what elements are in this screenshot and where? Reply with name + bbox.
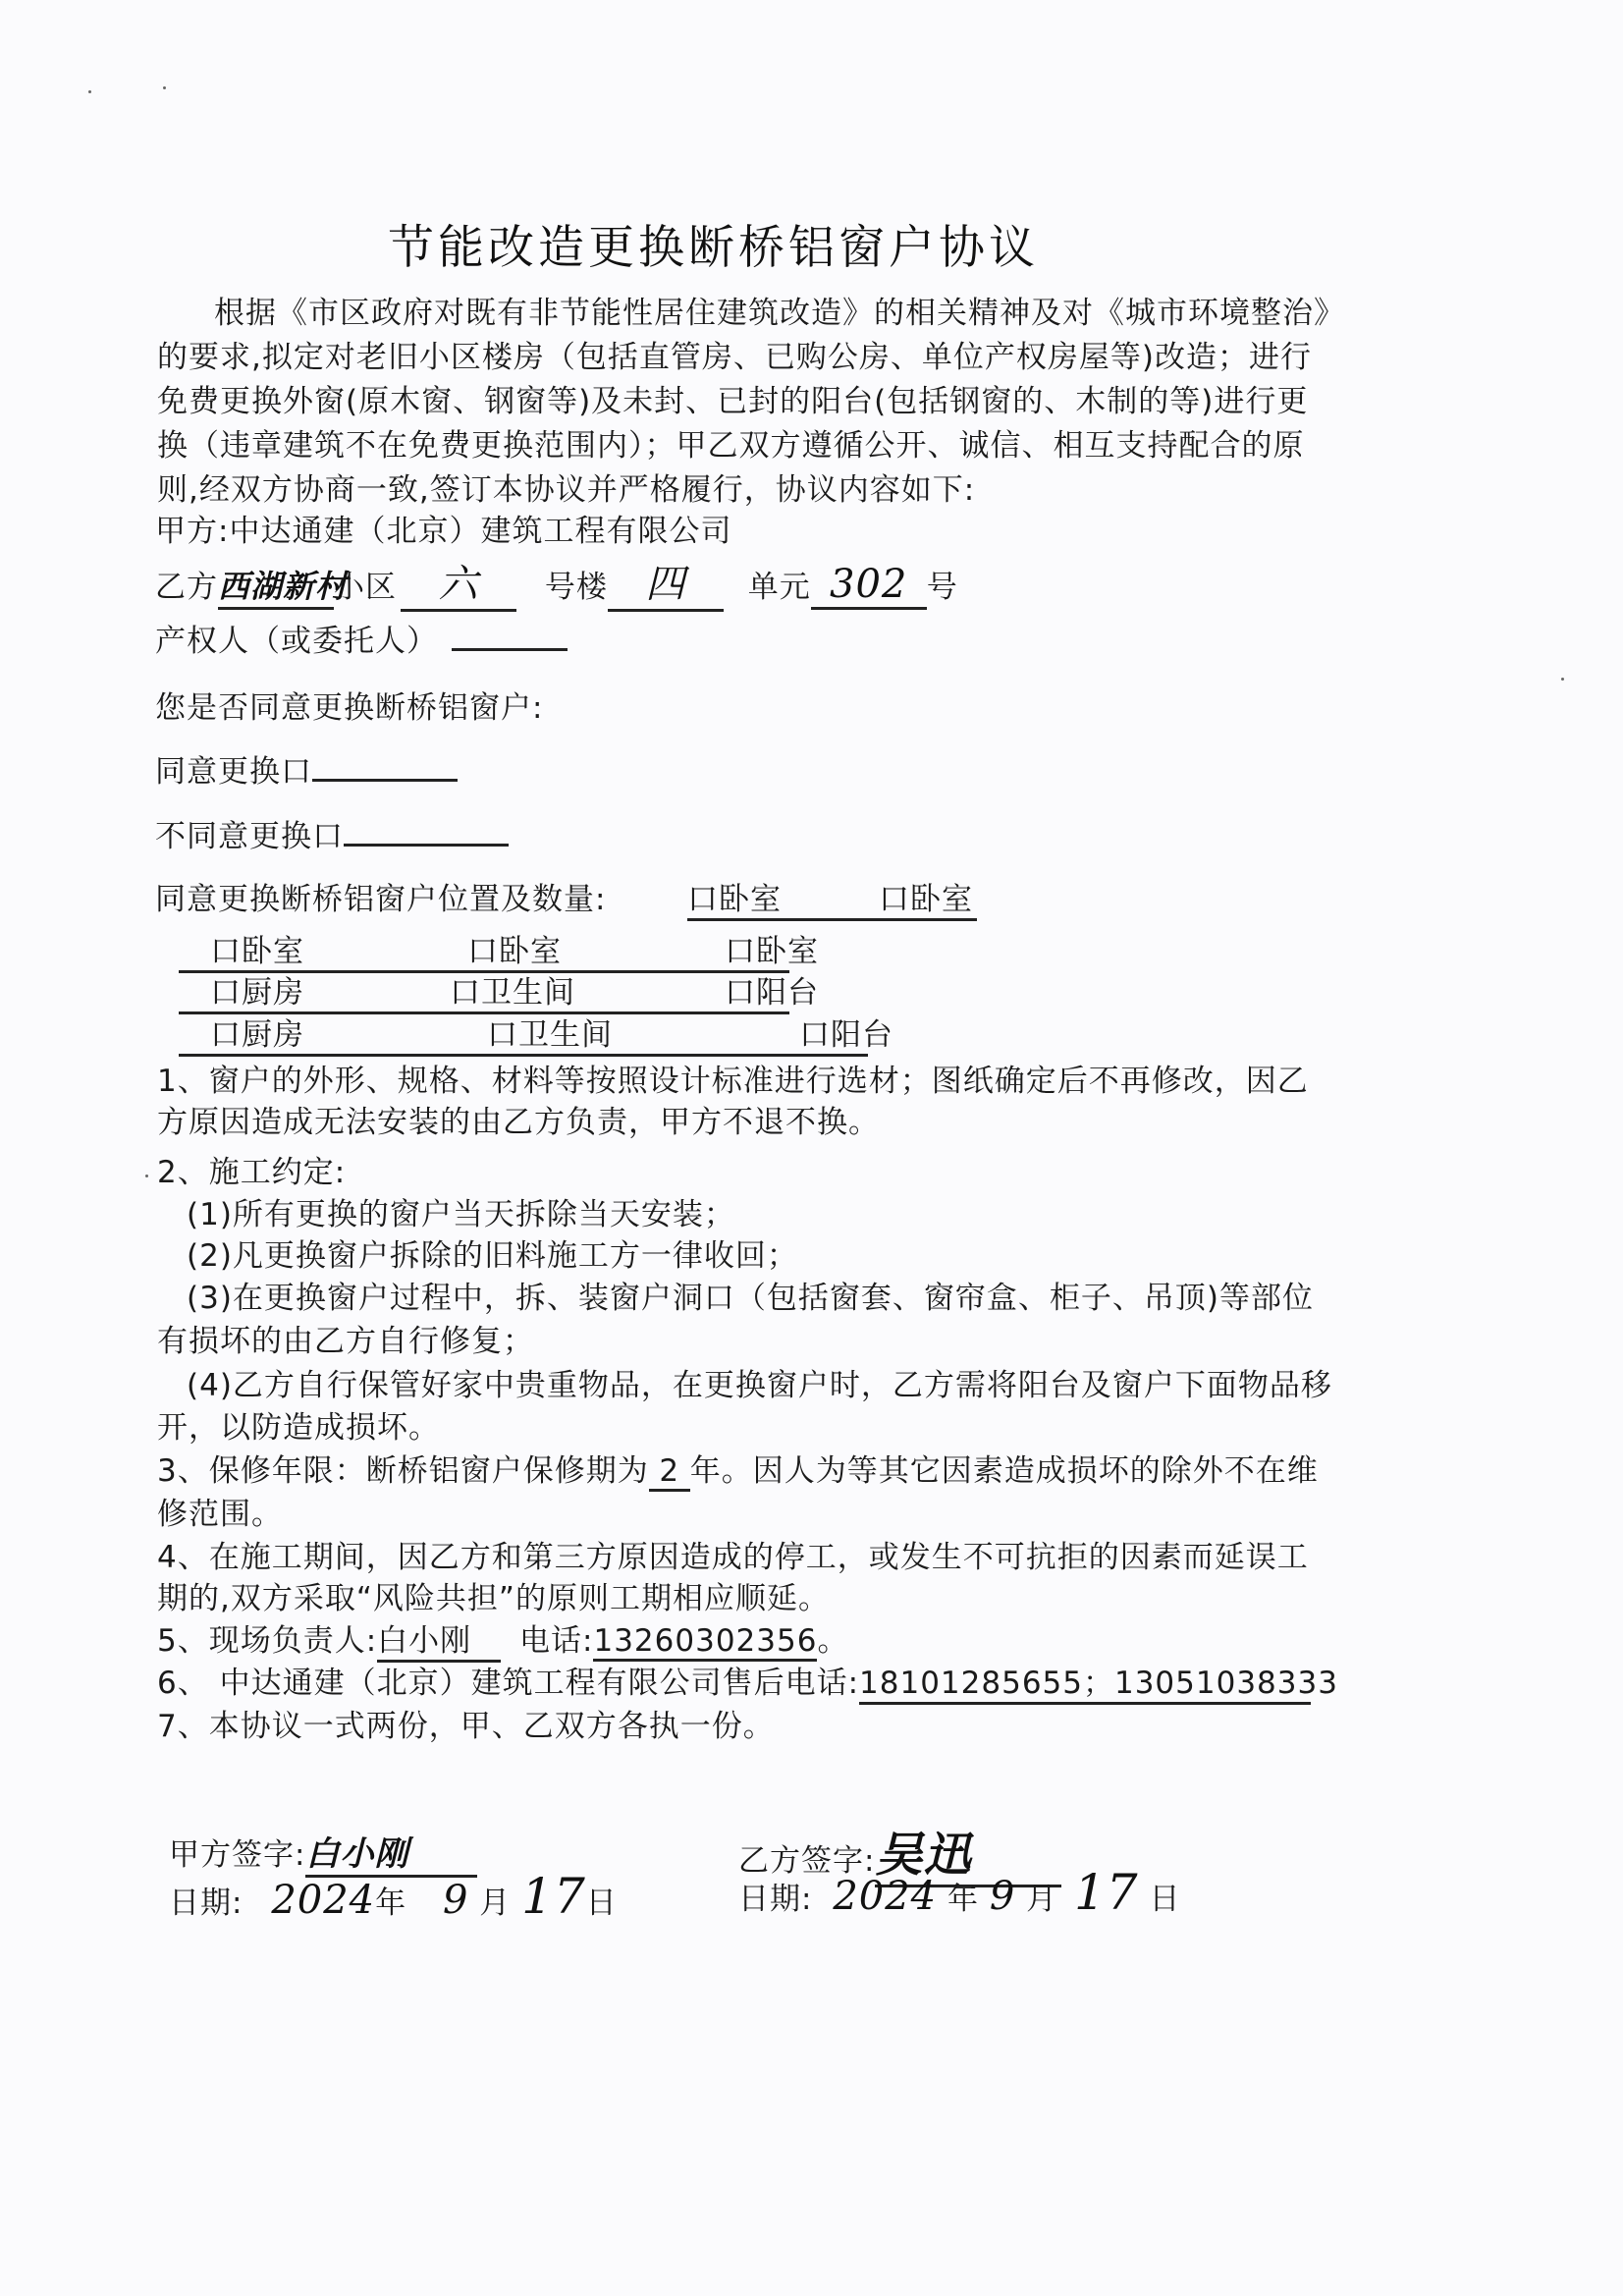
clause-5: 5、现场负责人:白小刚 电话:13260302356。 (157, 1615, 848, 1663)
checkbox-kitchen[interactable]: 口厨房 (210, 1010, 487, 1054)
warranty-years-field[interactable]: 2 (649, 1453, 690, 1492)
document-title: 节能改造更换断桥铝窗户协议 (388, 211, 1039, 277)
site-manager-phone[interactable]: 13260302356 (593, 1623, 817, 1662)
question-text: 您是否同意更换断桥铝窗户: (155, 683, 543, 727)
unit-label: 单元 (748, 570, 811, 605)
checkbox-balcony[interactable]: 口阳台 (799, 1010, 893, 1054)
disagree-line: 不同意更换口 (155, 811, 509, 855)
agree-line: 同意更换口 (155, 746, 458, 791)
year-unit: 年 (375, 1886, 406, 1921)
year-unit: 年 (947, 1882, 979, 1917)
clause-6-prefix: 6、 中达通建（北京）建筑工程有限公司售后电话: (157, 1666, 859, 1701)
checkbox-bathroom[interactable]: 口卫生间 (450, 967, 725, 1011)
clause-6: 6、 中达通建（北京）建筑工程有限公司售后电话:18101285655；1305… (157, 1658, 1311, 1705)
scan-speck (1561, 678, 1564, 681)
party-a-month[interactable]: 9 (443, 1878, 468, 1923)
clause-3-line-1: 3、保修年限：断桥铝窗户保修期为2年。因人为等其它因素造成损坏的除外不在维 (157, 1446, 1319, 1492)
clause-1-line-1: 1、窗户的外形、规格、材料等按照设计标准进行选材；图纸确定后不再修改，因乙 (157, 1056, 1309, 1100)
building-field[interactable]: 六 (401, 553, 516, 612)
location-row-3: 口厨房口卫生间口阳台 (179, 1010, 868, 1057)
scan-speck (88, 90, 91, 93)
clause-3-line-2: 修范围。 (157, 1489, 283, 1533)
party-b-day[interactable]: 17 (1074, 1864, 1139, 1921)
checkbox-bedroom[interactable]: 口卧室 (879, 874, 973, 918)
location-row-0: 口卧室口卧室 (687, 874, 977, 921)
location-row-1: 口卧室口卧室口卧室 (179, 926, 789, 973)
intro-line-4: 换（违章建筑不在免费更换范围内）；甲乙双方遵循公开、诚信、相互支持配合的原 (157, 420, 1305, 465)
month-unit: 月 (479, 1886, 511, 1921)
intro-line-2: 的要求,拟定对老旧小区楼房（包括直管房、已购公房、单位产权房屋等)改造；进行 (157, 332, 1312, 376)
clause-3-suffix: 年。因人为等其它因素造成损坏的除外不在维 (690, 1453, 1319, 1489)
checkbox-bedroom[interactable]: 口卧室 (687, 874, 879, 918)
community-field[interactable]: 西湖新村 (218, 562, 334, 610)
intro-line-5: 则,经双方协商一致,签订本协议并严格履行，协议内容如下: (157, 465, 975, 509)
day-unit: 日 (586, 1886, 618, 1921)
intro-line-3: 免费更换外窗(原木窗、钢窗等)及未封、已封的阳台(包括钢窗的、木制的等)进行更 (157, 376, 1308, 420)
party-b-date-line: 日期: 2024 年 9 月 17 日 (738, 1864, 1180, 1921)
party-a-day[interactable]: 17 (521, 1868, 586, 1925)
clause-1-line-2: 方原因造成无法安装的由乙方负责，甲方不退不换。 (157, 1097, 880, 1141)
building-label: 号楼 (545, 570, 608, 605)
checkbox-bathroom[interactable]: 口卫生间 (487, 1010, 799, 1054)
party-b-year[interactable]: 2024 (833, 1874, 937, 1919)
clause-5-prefix: 5、现场负责人: (157, 1623, 377, 1659)
agree-label[interactable]: 同意更换口 (155, 754, 312, 790)
checkbox-bedroom[interactable]: 口卧室 (467, 926, 725, 970)
room-label: 号 (927, 570, 958, 605)
checkbox-kitchen[interactable]: 口厨房 (210, 967, 450, 1011)
disagree-field[interactable] (344, 814, 509, 847)
party-a-line: 甲方:中达通建（北京）建筑工程有限公司 (155, 506, 731, 550)
clause-3-prefix: 3、保修年限：断桥铝窗户保修期为 (157, 1453, 649, 1489)
clause-5-end: 。 (817, 1623, 848, 1659)
clause-2-3-line-1: (3)在更换窗户过程中，拆、装窗户洞口（包括窗套、窗帘盒、柜子、吊顶)等部位 (187, 1273, 1314, 1317)
party-a-label: 甲方: (155, 514, 229, 549)
scan-speck (145, 1175, 148, 1177)
party-a-year[interactable]: 2024 (271, 1878, 375, 1923)
clause-2-title: 2、施工约定: (157, 1147, 346, 1191)
party-a-name: 中达通建（北京）建筑工程有限公司 (229, 514, 731, 549)
owner-label: 产权人（或委托人） (155, 624, 438, 659)
site-manager-field[interactable]: 白小刚 (377, 1615, 501, 1663)
checkbox-bedroom[interactable]: 口卧室 (210, 926, 467, 970)
party-b-month[interactable]: 9 (990, 1874, 1015, 1919)
clause-2-1: (1)所有更换的窗户当天拆除当天安装； (187, 1189, 735, 1233)
clause-4-line-2: 期的,双方采取“风险共担”的原则工期相应顺延。 (157, 1573, 830, 1617)
party-a-date-line: 日期: 2024年 9 月 17日 (169, 1868, 618, 1925)
clause-7: 7、本协议一式两份，甲、乙双方各执一份。 (157, 1701, 775, 1745)
checkbox-bedroom[interactable]: 口卧室 (725, 926, 819, 970)
disagree-label[interactable]: 不同意更换口 (155, 819, 344, 854)
community-label: 小区 (334, 570, 397, 605)
location-row-2: 口厨房口卫生间口阳台 (179, 967, 789, 1014)
party-a-date-label: 日期: (169, 1886, 243, 1921)
scan-speck (163, 86, 166, 89)
after-sales-phones[interactable]: 18101285655；13051038333 (859, 1658, 1311, 1705)
clause-2-4-line-2: 开，以防造成损坏。 (157, 1402, 440, 1447)
party-b-label: 乙方 (155, 570, 218, 605)
party-b-date-label: 日期: (738, 1882, 812, 1917)
checkbox-balcony[interactable]: 口阳台 (725, 967, 819, 1011)
clause-2-2: (2)凡更换窗户拆除的旧料施工方一律收回； (187, 1230, 798, 1275)
location-label: 同意更换断桥铝窗户位置及数量: (155, 874, 606, 918)
intro-line-1: 根据《市区政府对既有非节能性居住建筑改造》的相关精神及对《城市环境整治》 (214, 288, 1345, 332)
agree-field[interactable] (312, 749, 458, 782)
phone-label: 电话: (519, 1623, 593, 1659)
room-field[interactable]: 302 (811, 562, 927, 610)
owner-field[interactable] (452, 619, 568, 651)
clause-2-4-line-1: (4)乙方自行保管好家中贵重物品，在更换窗户时，乙方需将阳台及窗户下面物品移 (187, 1360, 1332, 1404)
party-b-line: 乙方西湖新村小区六 号楼四 单元302号 (155, 553, 958, 612)
clause-2-3-line-2: 有损坏的由乙方自行修复； (157, 1316, 534, 1360)
owner-line: 产权人（或委托人） (155, 616, 568, 660)
month-unit: 月 (1026, 1882, 1057, 1917)
unit-field[interactable]: 四 (608, 553, 724, 612)
clause-4-line-1: 4、在施工期间，因乙方和第三方原因造成的停工，或发生不可抗拒的因素而延误工 (157, 1532, 1309, 1576)
day-unit: 日 (1149, 1882, 1180, 1917)
